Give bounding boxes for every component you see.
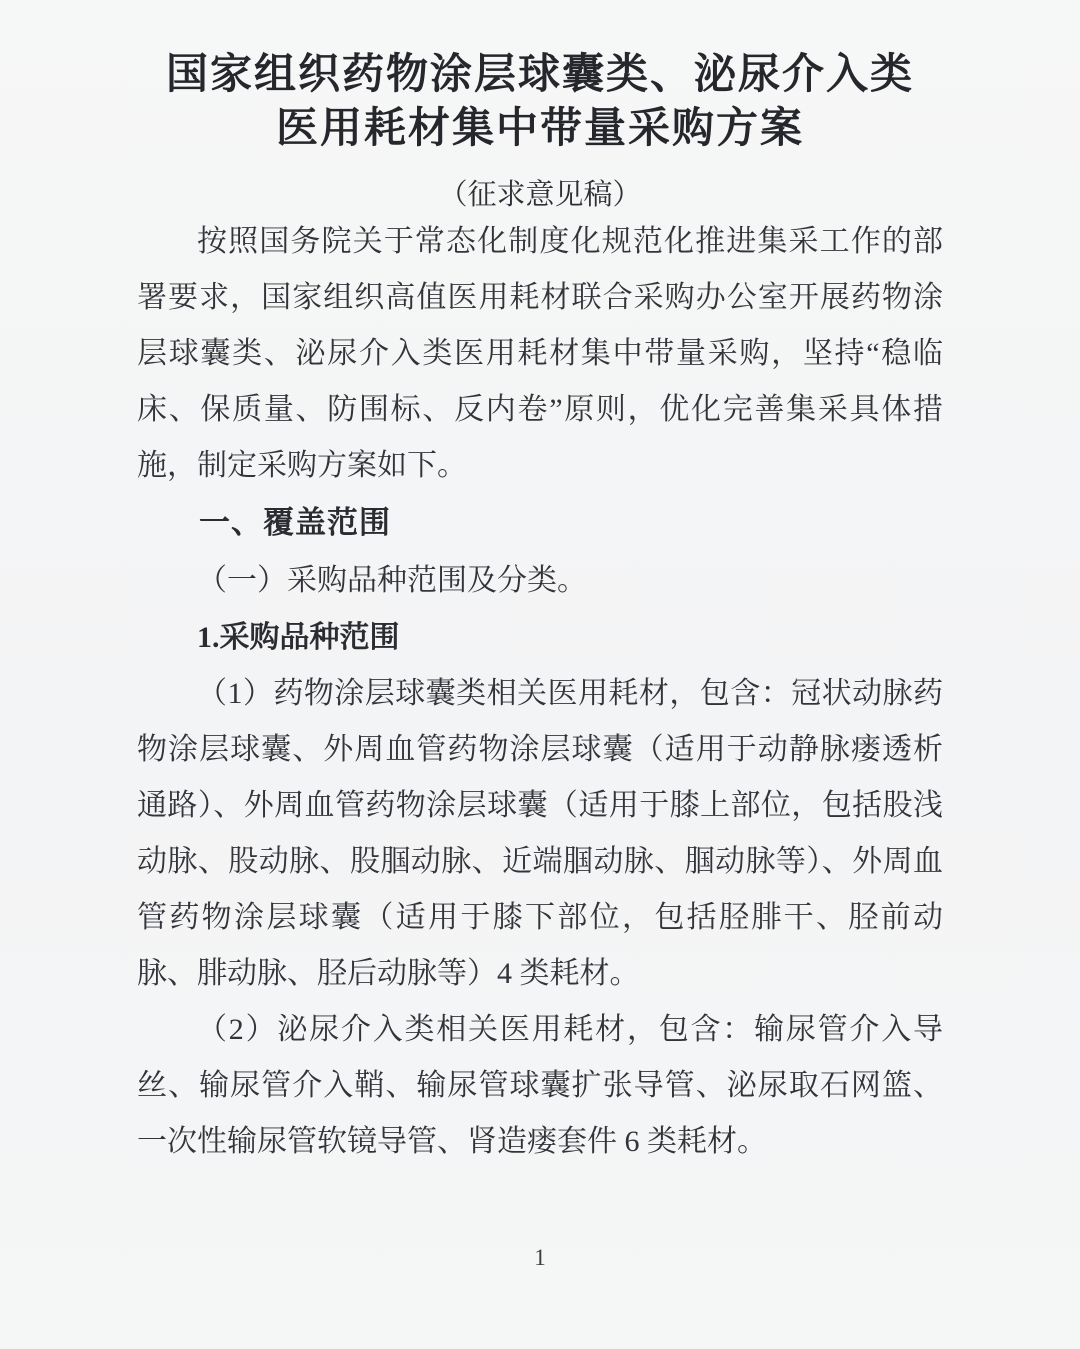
paragraph-drug-coated-balloon: （1）药物涂层球囊类相关医用耗材，包含：冠状动脉药物涂层球囊、外周血管药物涂层球… <box>137 666 943 1002</box>
document-title-line-1: 国家组织药物涂层球囊类、泌尿介入类 <box>137 48 943 102</box>
document-content: 国家组织药物涂层球囊类、泌尿介入类 医用耗材集中带量采购方案 （征求意见稿） 按… <box>137 0 943 1170</box>
document-title: 国家组织药物涂层球囊类、泌尿介入类 医用耗材集中带量采购方案 <box>137 0 943 156</box>
paragraph-urology-intervention: （2）泌尿介入类相关医用耗材，包含：输尿管介入导丝、输尿管介入鞘、输尿管球囊扩张… <box>137 1002 943 1170</box>
document-subtitle: （征求意见稿） <box>137 176 943 214</box>
page-number: 1 <box>0 1245 1080 1271</box>
section-heading-coverage-scope: 一、覆盖范围 <box>137 494 943 552</box>
document-body: 按照国务院关于常态化制度化规范化推进集采工作的部署要求，国家组织高值医用耗材联合… <box>137 214 943 1170</box>
subsection-heading-procurement-variety: （一）采购品种范围及分类。 <box>137 552 943 609</box>
document-title-line-2: 医用耗材集中带量采购方案 <box>137 102 943 156</box>
item-heading-procurement-scope: 1.采购品种范围 <box>137 609 943 666</box>
scanned-document-page: 国家组织药物涂层球囊类、泌尿介入类 医用耗材集中带量采购方案 （征求意见稿） 按… <box>0 0 1080 1349</box>
intro-paragraph: 按照国务院关于常态化制度化规范化推进集采工作的部署要求，国家组织高值医用耗材联合… <box>137 214 943 494</box>
